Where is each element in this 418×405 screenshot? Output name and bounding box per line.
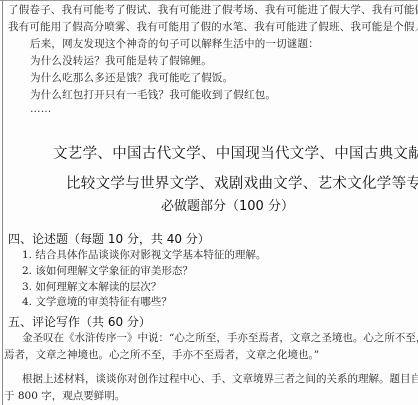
required-part-heading: 必做题部分（100 分） (161, 199, 294, 215)
section5-quote-line-2: 焉者，文章之神境也。心之所不至，手亦不至焉者，文章之化境也。” (4, 348, 319, 362)
section5-prompt-line-2: 于 800 字，观点要鲜明。 (4, 389, 125, 403)
section5-title: 五、评论写作（共 60 分） (8, 315, 151, 330)
intro-line-5: 为什么吃那么多还是饿？我可能吃了假饭。 (30, 71, 233, 85)
majors-heading-line-1: 文艺学、中国古代文学、中国现当代文学、中国古典文献学、 (53, 145, 418, 163)
section4-question-1: 1. 结合具体作品谈谈你对影视文学基本特征的理解。 (22, 248, 266, 262)
section4-question-4: 4. 文学意境的审美特征有哪些？ (22, 295, 172, 309)
section4-title: 四、论述题（每题 10 分，共 40 分） (8, 232, 210, 247)
section5-quote-line-1: 金圣叹在《水浒传序一》中说：“心之所至，手亦至焉者，文章之圣境也。心之所不至，手… (22, 331, 418, 345)
scan-top-border (0, 0, 418, 1)
intro-line-3: 后来，网友发现这个神奇的句子可以解释生活中的一切谜题： (30, 37, 319, 51)
intro-ellipsis: …… (30, 102, 51, 116)
intro-line-4: 为什么没转运？我可能是转了假锦鲤。 (30, 54, 212, 68)
section4-question-3: 3. 如何理解文本解读的层次？ (22, 280, 161, 294)
scan-left-border (2, 0, 3, 405)
intro-line-2: 我有可能用了假高分喷雾、我有可能用了假的水笔、我有可能进了假班、我可能是个假人…… (8, 20, 418, 34)
intro-line-1: 了假卷子、我有可能考了假试、我有可能进了假考场、我有可能进了假大学、我有可能做了… (8, 3, 418, 17)
exam-page: 了假卷子、我有可能考了假试、我有可能进了假考场、我有可能进了假大学、我有可能做了… (0, 0, 418, 405)
section5-prompt-line-1: 根据上述材料，谈谈你对创作过程中心、手、文章境界三者之间的关系的理解。题目自拟，… (22, 372, 418, 386)
section4-question-2: 2. 该如何理解文学象征的审美形态？ (22, 264, 193, 278)
majors-heading-line-2: 比较文学与世界文学、戏剧戏曲文学、艺术文化学等专业 (66, 175, 418, 193)
intro-line-6: 为什么红包打开只有一毛钱？我可能收到了假红包。 (30, 88, 276, 102)
